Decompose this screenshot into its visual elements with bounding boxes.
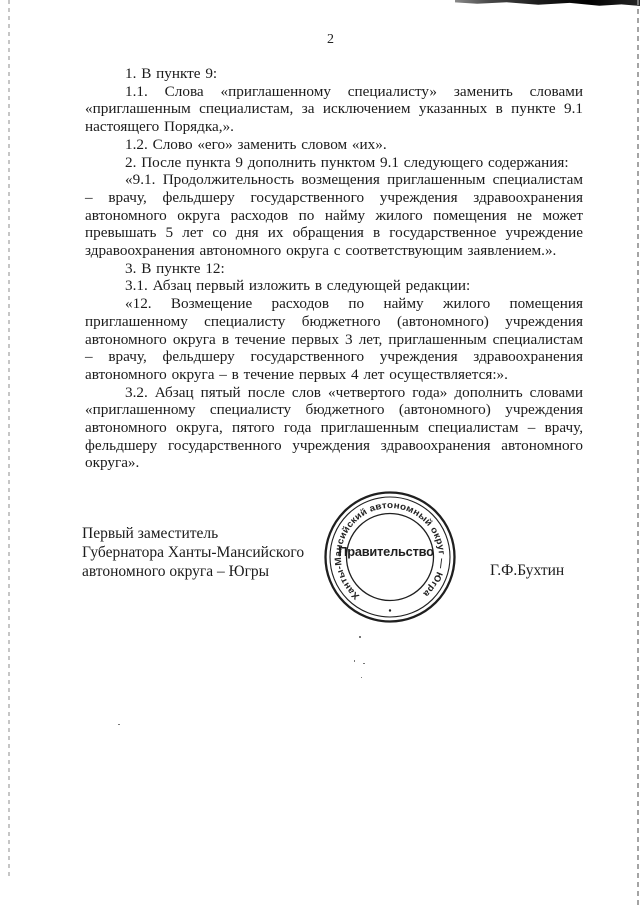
- paragraph-item-1-1: 1.1. Слова «приглашенному специалисту» з…: [85, 83, 583, 136]
- stamp-bottom-tick: [389, 609, 391, 611]
- scan-artifact-top-edge: [455, 0, 640, 6]
- scan-speck: [359, 636, 361, 638]
- paragraph-item-1: 1. В пункте 9:: [85, 65, 583, 83]
- scan-artifact-left-edge: [8, 0, 10, 880]
- scan-speck: [363, 663, 365, 664]
- signatory-title-line-3: автономного округа – Югры: [82, 562, 304, 581]
- scan-speck: [354, 660, 355, 662]
- stamp-seal-graphic: Ханты-Мансийский автономный округ — Югра…: [322, 489, 458, 625]
- paragraph-item-3-1: 3.1. Абзац первый изложить в следующей р…: [85, 277, 583, 295]
- paragraph-item-3-2: 3.2. Абзац пятый после слов «четвертого …: [85, 384, 583, 473]
- paragraph-item-3: 3. В пункте 12:: [85, 260, 583, 278]
- stamp-center-text: Правительство: [338, 544, 434, 559]
- signatory-title-line-2: Губернатора Ханты-Мансийского: [82, 543, 304, 562]
- scan-speck: [361, 677, 362, 678]
- signatory-name: Г.Ф.Бухтин: [490, 562, 564, 580]
- scan-artifact-right-edge: [637, 0, 639, 905]
- signatory-title: Первый заместитель Губернатора Ханты-Ман…: [82, 524, 304, 582]
- paragraph-item-2: 2. После пункта 9 дополнить пунктом 9.1 …: [85, 154, 583, 172]
- scanned-document-page: 2 1. В пункте 9: 1.1. Слова «приглашенно…: [0, 0, 640, 905]
- page-number: 2: [327, 32, 334, 48]
- official-stamp: Ханты-Мансийский автономный округ — Югра…: [322, 489, 458, 625]
- signatory-title-line-1: Первый заместитель: [82, 524, 304, 543]
- document-body: 1. В пункте 9: 1.1. Слова «приглашенному…: [85, 65, 583, 472]
- paragraph-item-9-1: «9.1. Продолжительность возмещения пригл…: [85, 171, 583, 260]
- paragraph-item-1-2: 1.2. Слово «его» заменить словом «их».: [85, 136, 583, 154]
- paragraph-item-12: «12. Возмещение расходов по найму жилого…: [85, 295, 583, 384]
- scan-speck: [118, 724, 120, 725]
